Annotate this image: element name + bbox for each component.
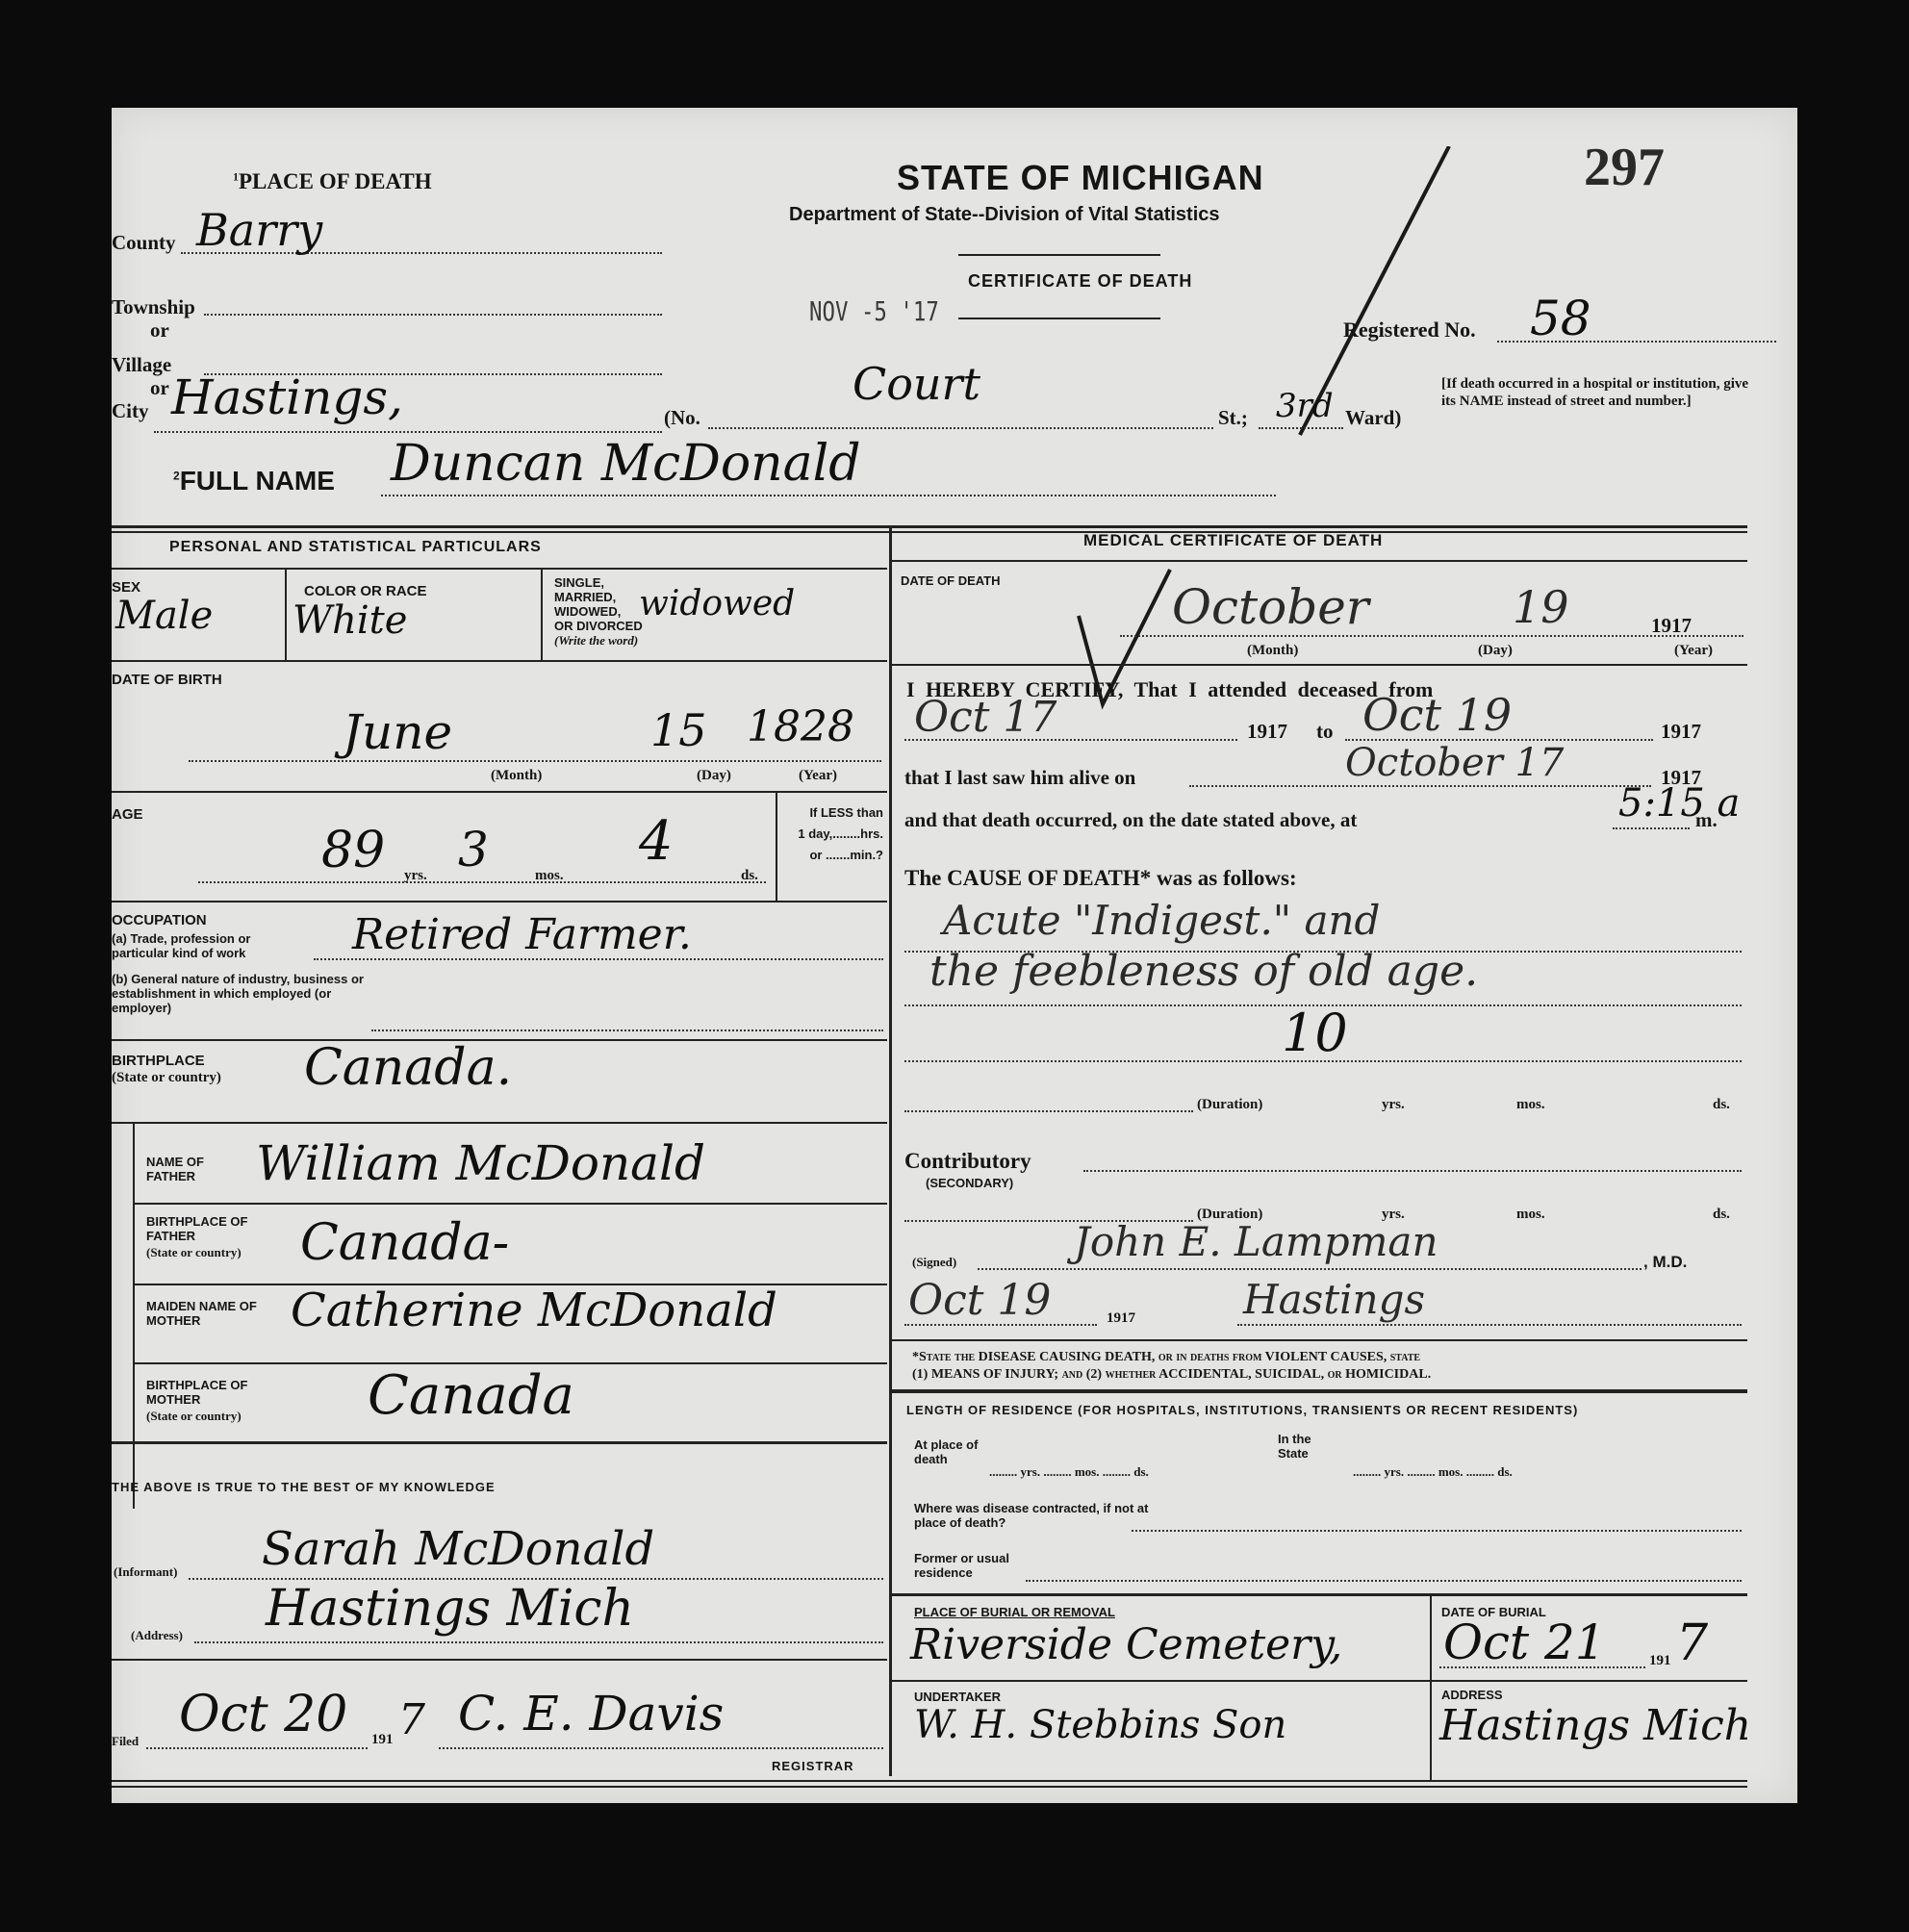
informant-label: (Informant) [114, 1564, 177, 1579]
secondary-label: (SECONDARY) [926, 1176, 1013, 1190]
age-line [198, 881, 766, 883]
death-time-value: 5:15 a [1618, 781, 1740, 826]
county-value: Barry [196, 204, 322, 256]
occupation-a-label: (a) Trade, profession or particular kind… [112, 931, 304, 960]
sex-value: Male [115, 594, 213, 638]
dod-line [1120, 635, 1744, 637]
last-saw-value: October 17 [1345, 741, 1564, 785]
attended-to-value: Oct 19 [1362, 689, 1512, 741]
age-months: 3 [458, 822, 489, 877]
death-time-line [1613, 827, 1690, 829]
mother-birthplace-label: BIRTHPLACE OF MOTHER [146, 1378, 281, 1407]
ds-caption: ds. [1713, 1097, 1730, 1113]
filed-year-prefix: 191 [371, 1732, 394, 1748]
registrar-label: REGISTRAR [772, 1759, 854, 1773]
divider [112, 525, 1747, 528]
street-value: Court [853, 358, 980, 410]
duration-label: (Duration) [1197, 1097, 1262, 1113]
residence-label: LENGTH OF RESIDENCE (FOR HOSPITALS, INST… [906, 1403, 1744, 1417]
mos-caption: mos. [1516, 1097, 1545, 1113]
in-state-duration: ......... yrs. ......... mos. ......... … [1353, 1464, 1513, 1479]
yrs-caption: yrs. [1021, 1464, 1041, 1479]
cause-label: The CAUSE OF DEATH* was as follows: [904, 866, 1297, 891]
year-caption: (Year) [1674, 643, 1713, 659]
cause-value-2: the feebleness of old age. [929, 947, 1478, 996]
informant-address-label: (Address) [131, 1628, 183, 1642]
attended-from-year: 1917 [1247, 720, 1287, 744]
dob-month: June [343, 704, 452, 760]
city-line [154, 431, 662, 433]
dod-label: DATE OF DEATH [901, 573, 1001, 588]
in-state-label: In the State [1278, 1432, 1336, 1461]
burial-place-value: Riverside Cemetery, [910, 1620, 1342, 1669]
to-label: to [1316, 720, 1334, 744]
file-number: 297 [1584, 137, 1665, 198]
contributory-label: Contributory [904, 1149, 1031, 1174]
dod-day: 19 [1513, 581, 1569, 633]
dob-line [189, 760, 881, 762]
filed-date-line [146, 1747, 368, 1749]
dob-day: 15 [650, 704, 707, 756]
father-name-value: William McDonald [256, 1135, 705, 1191]
age-years: 89 [321, 822, 385, 879]
divider [891, 1680, 1747, 1682]
signature-line [978, 1268, 1642, 1270]
registered-no-value: 58 [1530, 291, 1591, 346]
dod-year: 1917 [1651, 614, 1692, 638]
where-contracted-line [1132, 1530, 1742, 1532]
full-name-label: 2FULL NAME [173, 466, 335, 496]
full-name-value: Duncan McDonald [391, 435, 861, 493]
label-line: If LESS than [783, 802, 883, 824]
attestation-text: THE ABOVE IS TRUE TO THE BEST OF MY KNOW… [112, 1480, 496, 1494]
filed-date-value: Oct 20 [179, 1686, 347, 1743]
attended-to-year: 1917 [1661, 720, 1701, 744]
informant-value: Sarah McDonald [262, 1522, 654, 1576]
divider [135, 1203, 887, 1205]
physician-address-value: Hastings [1243, 1276, 1425, 1323]
ward-line [1259, 427, 1343, 429]
full-name-line [381, 495, 1276, 496]
street-suffix-label: St.; [1218, 406, 1248, 430]
mother-birthplace-value: Canada [368, 1364, 574, 1427]
divider [112, 568, 887, 570]
signed-label: (Signed) [912, 1255, 956, 1269]
informant-address-value: Hastings Mich [266, 1580, 634, 1638]
occupation-b-label: (b) General nature of industry, business… [112, 972, 371, 1015]
label-line: MARRIED, [554, 590, 643, 604]
column-divider [541, 570, 543, 660]
divider [112, 791, 887, 793]
birthplace-sub-label: (State or country) [112, 1070, 221, 1086]
county-label: County [112, 231, 176, 255]
township-label: Township [112, 295, 195, 318]
burial-year-suffix: 7 [1676, 1614, 1708, 1672]
ds-caption: ds. [741, 868, 758, 884]
race-value: White [293, 598, 407, 643]
signed-date-value: Oct 19 [908, 1276, 1051, 1325]
or-label: or [112, 318, 195, 342]
physician-signature: John E. Lampman [1074, 1218, 1438, 1265]
footnote: *State the DISEASE CAUSING DEATH, or in … [912, 1349, 1745, 1384]
ds-caption: ds. [1497, 1464, 1513, 1479]
section-label: PLACE OF DEATH [239, 169, 432, 193]
m-label: m. [1695, 808, 1718, 832]
where-contracted-label: Where was disease contracted, if not at … [914, 1501, 1184, 1530]
age-label: AGE [112, 806, 143, 823]
physician-address-line [1237, 1324, 1742, 1326]
street-line [708, 427, 1213, 429]
column-divider [1430, 1595, 1432, 1780]
divider [112, 1122, 887, 1124]
attended-from-value: Oct 17 [914, 693, 1056, 742]
label-line: SINGLE, [554, 575, 643, 590]
column-divider [889, 525, 892, 1776]
undertaker-label: UNDERTAKER [914, 1690, 1001, 1704]
former-residence-line [1026, 1580, 1742, 1582]
dod-month: October [1172, 579, 1369, 635]
informant-address-line [194, 1641, 883, 1643]
father-birthplace-label: BIRTHPLACE OF FATHER [146, 1214, 281, 1243]
last-saw-line [1189, 785, 1651, 787]
footnote-line: (1) MEANS OF INJURY; and (2) whether ACC… [912, 1366, 1745, 1384]
dob-year: 1828 [747, 702, 854, 751]
divider [112, 1441, 887, 1444]
divider [891, 1593, 1747, 1596]
occupation-label: OCCUPATION [112, 912, 207, 928]
yrs-caption: yrs. [404, 868, 427, 884]
ds-caption: ds. [1133, 1464, 1149, 1479]
undertaker-value: W. H. Stebbins Son [914, 1703, 1286, 1747]
column-divider [776, 793, 777, 901]
yrs-caption: yrs. [1385, 1464, 1405, 1479]
label-line: WIDOWED, [554, 604, 643, 619]
race-label: COLOR OR RACE [304, 583, 427, 599]
marital-value: widowed [639, 584, 795, 623]
birthplace-value: Canada. [304, 1039, 512, 1097]
mos-caption: mos. [535, 868, 564, 884]
father-birthplace-value: Canada- [300, 1214, 509, 1272]
section-number: 2 [173, 470, 180, 483]
divider [891, 1339, 1747, 1341]
day-caption: (Day) [697, 768, 731, 784]
year-caption: (Year) [799, 768, 837, 784]
filed-label: Filed [112, 1734, 139, 1748]
divider [112, 660, 887, 662]
label-line: (Write the word) [554, 633, 643, 648]
filed-year-suffix: 7 [398, 1695, 425, 1744]
day-caption: (Day) [1478, 643, 1513, 659]
signed-year: 1917 [1107, 1310, 1135, 1327]
divider [112, 1780, 1747, 1782]
ds-caption: ds. [1713, 1207, 1730, 1223]
death-certificate: 1PLACE OF DEATH STATE OF MICHIGAN Depart… [112, 108, 1797, 1803]
ward-label: Ward) [1345, 406, 1401, 430]
registrar-value: C. E. Davis [458, 1686, 724, 1741]
burial-year-prefix: 191 [1649, 1653, 1671, 1669]
divider [112, 1659, 887, 1661]
registrar-line [439, 1747, 883, 1749]
column-divider [133, 1122, 135, 1509]
contributory-line [1083, 1170, 1742, 1172]
mother-name-label: MAIDEN NAME OF MOTHER [146, 1299, 281, 1328]
undertaker-address-value: Hastings Mich [1439, 1701, 1751, 1750]
father-birthplace-sub-label: (State or country) [146, 1245, 242, 1259]
last-saw-label: that I last saw him alive on [904, 766, 1135, 790]
burial-place-label: PLACE OF BURIAL OR REMOVAL [914, 1605, 1115, 1619]
father-name-label: NAME OF FATHER [146, 1155, 254, 1183]
mother-name-value: Catherine McDonald [291, 1284, 777, 1337]
mos-caption: mos. [1438, 1464, 1464, 1479]
duration-line [904, 1110, 1193, 1112]
age-days: 4 [639, 810, 674, 873]
medical-section-title: MEDICAL CERTIFICATE OF DEATH [1083, 531, 1383, 550]
month-caption: (Month) [1247, 643, 1298, 659]
divider [891, 560, 1747, 562]
ward-value: 3rd [1276, 387, 1334, 425]
marital-label: SINGLE, MARRIED, WIDOWED, OR DIVORCED (W… [554, 575, 643, 648]
divider [112, 901, 887, 902]
less-than-day-note: If LESS than 1 day,........hrs. or .....… [783, 802, 883, 866]
label-line: OR DIVORCED [554, 619, 643, 633]
city-value: Hastings, [171, 369, 403, 425]
cause-value-1: Acute "Indigest." and [943, 897, 1380, 944]
footnote-line: *State the DISEASE CAUSING DEATH, or in … [912, 1349, 1745, 1366]
label-line: 1 day,........hrs. [783, 824, 883, 845]
mos-caption: mos. [1075, 1464, 1100, 1479]
registered-no-label: Registered No. [1343, 318, 1476, 343]
column-divider [285, 570, 287, 660]
divider [112, 531, 1747, 533]
yrs-caption: yrs. [1382, 1097, 1405, 1113]
divider [891, 664, 1747, 666]
cause-value-3: 10 [1282, 1003, 1348, 1063]
label-line: or .......min.? [783, 845, 883, 866]
occupation-value: Retired Farmer. [352, 910, 692, 959]
hospital-note: [If death occurred in a hospital or inst… [1441, 375, 1755, 410]
mother-birthplace-sub-label: (State or country) [146, 1409, 242, 1423]
township-line [204, 314, 662, 316]
label-text: FULL NAME [180, 466, 335, 496]
burial-date-value: Oct 21 [1443, 1614, 1606, 1670]
divider [112, 1786, 1747, 1788]
place-of-death-heading: 1PLACE OF DEATH [233, 169, 432, 194]
personal-section-title: PERSONAL AND STATISTICAL PARTICULARS [169, 539, 542, 556]
death-time-label: and that death occurred, on the date sta… [904, 808, 1357, 832]
divider [891, 1389, 1747, 1393]
month-caption: (Month) [491, 768, 542, 784]
md-label: , M.D. [1643, 1253, 1687, 1272]
birthplace-label: BIRTHPLACE [112, 1053, 205, 1069]
industry-line [371, 1030, 883, 1031]
at-place-label: At place of death [914, 1437, 981, 1466]
mos-caption: mos. [1516, 1207, 1545, 1223]
former-residence-label: Former or usual residence [914, 1551, 1020, 1580]
dob-label: DATE OF BIRTH [112, 672, 222, 688]
undertaker-address-label: ADDRESS [1441, 1688, 1503, 1702]
street-no-label: (No. [664, 406, 700, 430]
at-place-duration: ......... yrs. ......... mos. ......... … [989, 1464, 1149, 1479]
